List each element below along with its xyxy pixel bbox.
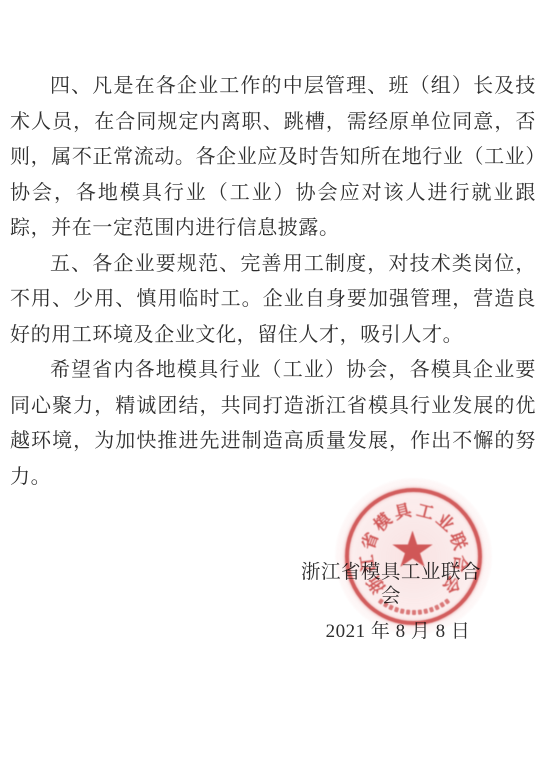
paragraph-item5: 五、各企业要规范、完善用工制度，对技术类岗位，不用、少用、慎用临时工。企业自身要…	[10, 247, 536, 354]
signature-organization: 浙江省模具工业联合会	[293, 561, 489, 609]
seal-arc-char: 具	[390, 497, 414, 521]
paragraph-item4: 四、凡是在各企业工作的中层管理、班（组）长及技术人员，在合同规定内离职、跳槽，需…	[10, 69, 536, 247]
signature-block: 浙江省模具工业联合会 2021 年 8 月 8 日	[293, 561, 489, 643]
document-body: 四、凡是在各企业工作的中层管理、班（组）长及技术人员，在合同规定内离职、跳槽，需…	[10, 69, 536, 495]
seal-arc-char: 省	[355, 527, 381, 553]
paragraph-closing: 希望省内各地模具行业（工业）协会，各模具企业要同心聚力，精诚团结，共同打造浙江省…	[10, 353, 536, 495]
seal-arc-char: 联	[447, 527, 473, 553]
seal-arc-char: 业	[432, 506, 460, 534]
seal-arc-char: 工	[413, 497, 437, 521]
signature-date: 2021 年 8 月 8 日	[307, 620, 489, 643]
seal-arc-char: 模	[367, 506, 395, 534]
document-page: 四、凡是在各企业工作的中层管理、班（组）长及技术人员，在合同规定内离职、跳槽，需…	[0, 0, 548, 779]
